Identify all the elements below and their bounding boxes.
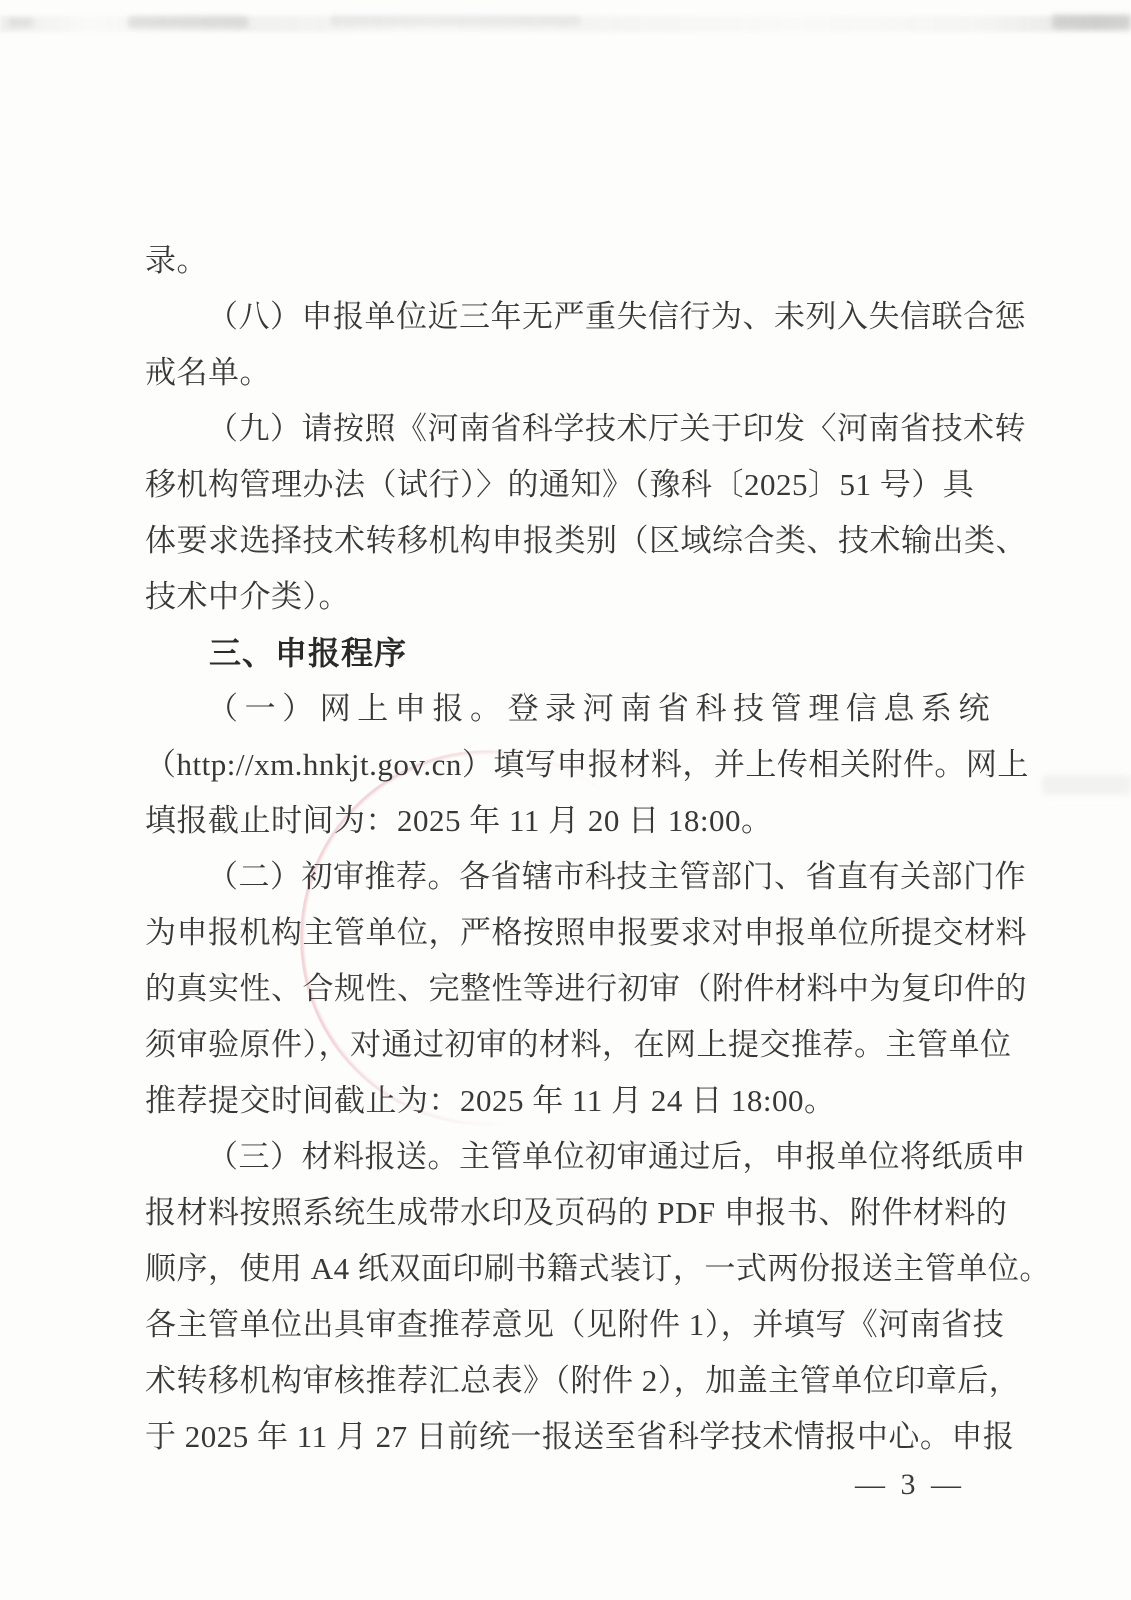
- scan-smudge: [128, 16, 248, 28]
- body-line: 的真实性、合规性、完整性等进行初审（附件材料中为复印件的: [145, 961, 990, 1017]
- document-text-block: 录。 （八）申报单位近三年无严重失信行为、未列入失信联合惩 戒名单。 （九）请按…: [145, 233, 990, 1465]
- page-number: — 3 —: [855, 1468, 965, 1502]
- body-line-url: （http://xm.hnkjt.gov.cn）填写申报材料，并上传相关附件。网…: [145, 737, 990, 793]
- body-line: 术转移机构审核推荐汇总表》（附件 2），加盖主管单位印章后，: [145, 1353, 990, 1409]
- body-line: （八）申报单位近三年无严重失信行为、未列入失信联合惩: [145, 289, 990, 345]
- scan-smudge: [8, 18, 34, 27]
- section-heading-application-procedure: 三、申报程序: [145, 625, 990, 681]
- body-line: 体要求选择技术转移机构申报类别（区域综合类、技术输出类、: [145, 513, 990, 569]
- body-line-deadline: 于 2025 年 11 月 27 日前统一报送至省科学技术情报中心。申报: [145, 1409, 990, 1465]
- body-line: 报材料按照系统生成带水印及页码的 PDF 申报书、附件材料的: [145, 1185, 990, 1241]
- body-line: 移机构管理办法（试行）〉的通知》（豫科〔2025〕51 号）具: [145, 457, 990, 513]
- body-line: 戒名单。: [145, 345, 990, 401]
- body-line-deadline: 填报截止时间为：2025 年 11 月 20 日 18:00。: [145, 793, 990, 849]
- scan-smudge: [1042, 775, 1131, 795]
- body-line: 为申报机构主管单位，严格按照申报要求对申报单位所提交材料: [145, 905, 990, 961]
- body-line: 须审验原件），对通过初审的材料，在网上提交推荐。主管单位: [145, 1017, 990, 1073]
- body-line: （三）材料报送。主管单位初审通过后，申报单位将纸质申: [145, 1129, 990, 1185]
- scan-smudge: [1052, 14, 1131, 29]
- body-line: （二）初审推荐。各省辖市科技主管部门、省直有关部门作: [145, 849, 990, 905]
- body-line: 各主管单位出具审查推荐意见（见附件 1），并填写《河南省技: [145, 1297, 990, 1353]
- body-line: （一）网上申报。登录河南省科技管理信息系统: [145, 681, 990, 737]
- body-line: 技术中介类）。: [145, 569, 990, 625]
- document-page: 录。 （八）申报单位近三年无严重失信行为、未列入失信联合惩 戒名单。 （九）请按…: [0, 0, 1131, 1600]
- body-line: （九）请按照《河南省科学技术厅关于印发〈河南省技术转: [145, 401, 990, 457]
- scan-smudge: [330, 15, 580, 26]
- body-line-deadline: 推荐提交时间截止为：2025 年 11 月 24 日 18:00。: [145, 1073, 990, 1129]
- body-line: 录。: [145, 233, 990, 289]
- body-line: 顺序，使用 A4 纸双面印刷书籍式装订，一式两份报送主管单位。: [145, 1241, 990, 1297]
